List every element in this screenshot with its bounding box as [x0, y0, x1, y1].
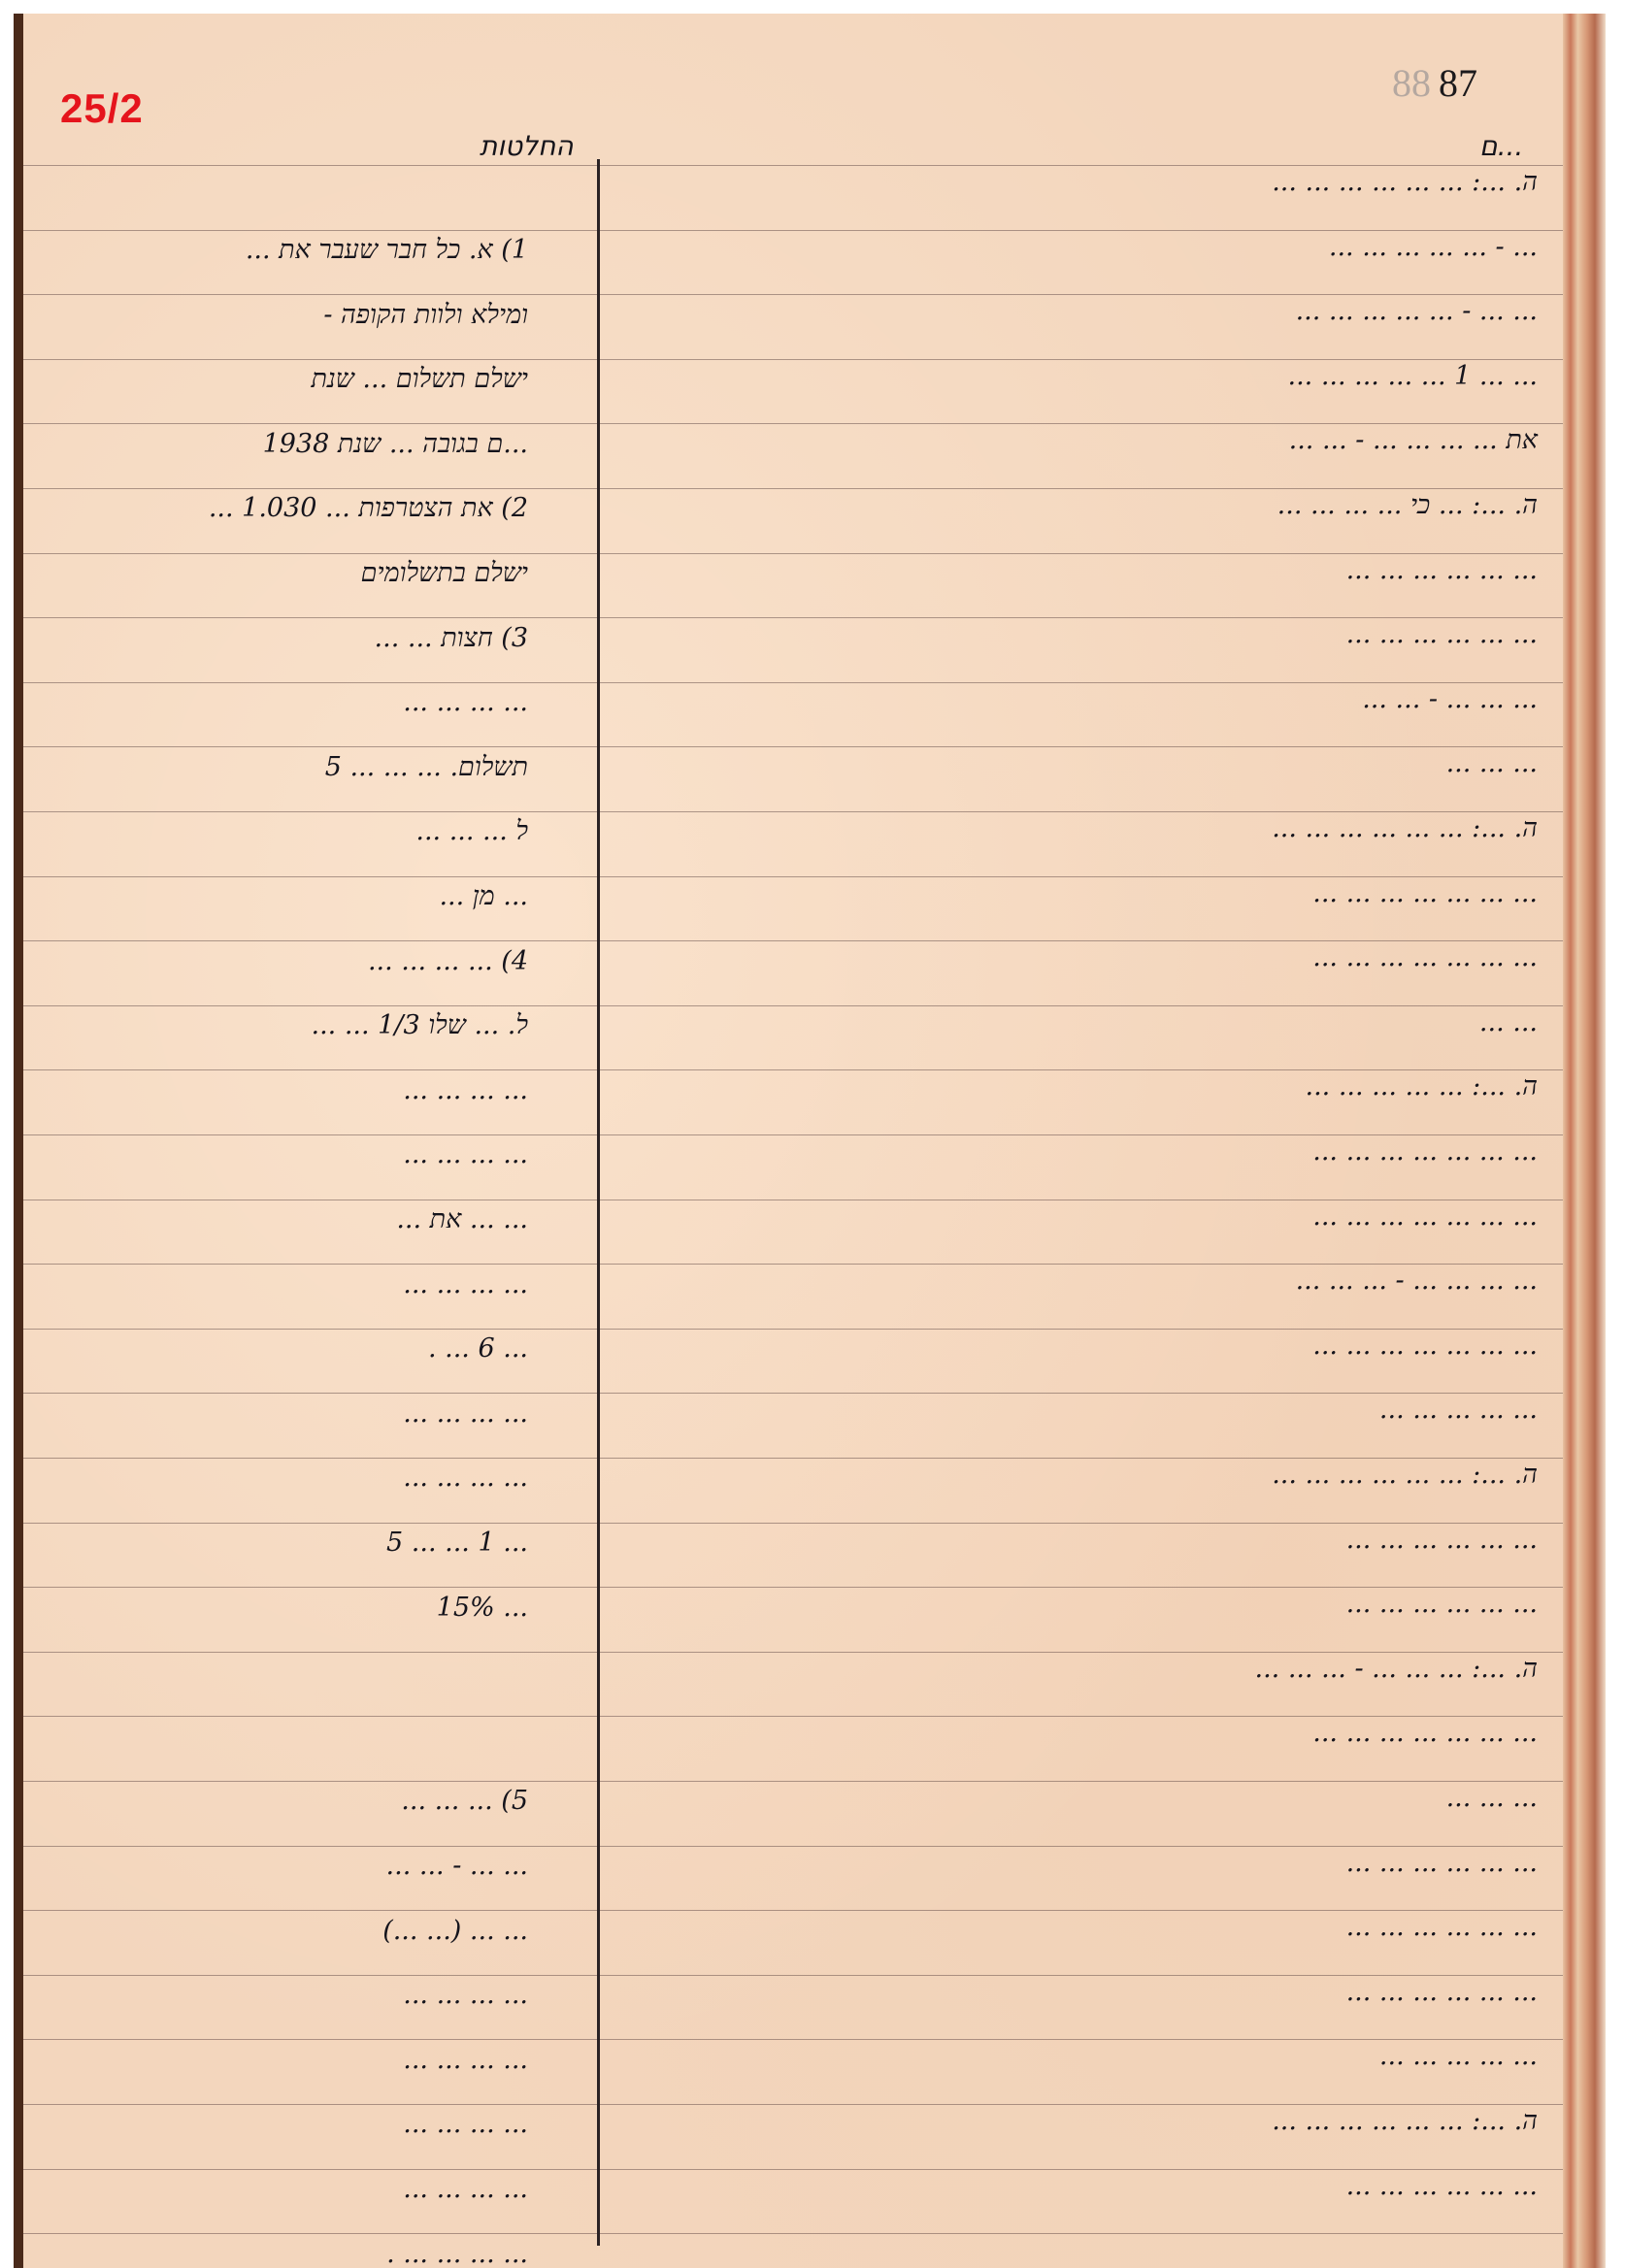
ruled-line: [23, 1587, 1563, 1588]
handwritten-line: ... ... ... ... ... ... ...: [1312, 1332, 1538, 1359]
handwritten-line: ... ... ... ... - ... ... ...: [1296, 1267, 1538, 1294]
handwritten-line: ... ... ... ... .: [386, 2241, 528, 2267]
handwritten-line: ... 6 ... .: [428, 1335, 528, 1362]
handwritten-line: ... ... ... ... ... ...: [1346, 1527, 1538, 1553]
handwritten-line: ... ... (... ...): [382, 1918, 528, 1944]
ruled-line: [23, 1005, 1563, 1006]
ruled-line: [23, 1393, 1563, 1394]
speaker-entry-line: ה. ...: ... ... ... - ... ... ...: [1254, 1656, 1538, 1682]
speaker-entry-line: ה. ...: ... ... ... ... ... ...: [1272, 169, 1538, 195]
ruled-line: [23, 746, 1563, 747]
handwritten-line: את ... ... ... ... - ... ...: [1289, 427, 1538, 453]
ruled-line: [23, 2169, 1563, 2170]
handwritten-line: ... ... ... ... ...: [1379, 1397, 1538, 1423]
handwritten-line: ... ... ... ... ... ...: [1346, 1850, 1538, 1876]
handwritten-line: ... ... ... ...: [403, 2176, 528, 2202]
handwritten-line: ... ... ... ... ... ... ...: [1312, 944, 1538, 970]
handwritten-line: 2) את הצטרפות ... 1.030 ...: [209, 495, 528, 521]
ruled-line: [23, 423, 1563, 424]
ruled-line: [23, 2233, 1563, 2234]
ruled-line: [23, 1846, 1563, 1847]
handwritten-line: ... 15%: [437, 1594, 528, 1621]
ruled-line: [23, 1069, 1563, 1070]
ruled-line: [23, 294, 1563, 295]
handwritten-line: ... ... את ...: [396, 1206, 528, 1233]
handwritten-line: ... ... ... ...: [403, 1464, 528, 1491]
handwritten-line: 4) ... ... ... ...: [368, 948, 528, 974]
handwritten-line: ... ... ... ... ...: [1379, 2043, 1538, 2069]
ruled-line: [23, 359, 1563, 360]
handwritten-line: ל. ... שלו 1/3 ... ...: [312, 1012, 529, 1038]
handwritten-line: ... ... ... ...: [403, 2111, 528, 2137]
speaker-entry-line: ה. ...: ... ... ... ... ... ...: [1272, 815, 1538, 841]
right-column-heading: ...ם: [1479, 130, 1523, 162]
handwritten-line: ... ... ... ... ... ...: [1346, 621, 1538, 647]
ruled-line: [23, 1975, 1563, 1976]
ruled-line: [23, 1523, 1563, 1524]
page-number-stamp: 8887: [1392, 60, 1477, 106]
handwritten-line: ... ... ...: [1446, 1785, 1538, 1811]
handwritten-line: ... ... ... ... ... ...: [1346, 1979, 1538, 2005]
ruled-line: [23, 1200, 1563, 1200]
ruled-line: [23, 553, 1563, 554]
ruled-line: [23, 488, 1563, 489]
handwritten-line: ... ... ...: [1446, 750, 1538, 776]
handwritten-line: ... ... ... ... ... ...: [1346, 1914, 1538, 1940]
ruled-line: [23, 1134, 1563, 1135]
handwritten-line: ... ... ... ...: [403, 1271, 528, 1298]
speaker-entry-line: ה. ...: ... ... ... ... ... ...: [1272, 2108, 1538, 2134]
handwritten-line: תשלום. ... ... ... 5: [325, 754, 528, 780]
handwritten-line: ישלם בתשלומים: [361, 560, 528, 586]
handwritten-line: 5) ... ... ...: [401, 1788, 528, 1814]
handwritten-line: ... ... ... ...: [403, 1400, 528, 1427]
ruled-line: [23, 617, 1563, 618]
ruled-line: [23, 1781, 1563, 1782]
handwritten-line: ... - ... ... ... ... ...: [1329, 234, 1538, 260]
handwritten-line: ...ם בגובה ... שנת 1938: [263, 431, 528, 457]
handwritten-line: ... ... 1 ... ... ... ... ...: [1287, 363, 1538, 389]
ruled-line: [23, 1264, 1563, 1265]
handwritten-line: ... מן ...: [439, 883, 528, 909]
handwritten-line: ... ... ... ...: [403, 689, 528, 715]
handwritten-line: ל ... ... ...: [415, 818, 528, 844]
handwritten-line: ומילא ולוות הקופה -: [323, 302, 528, 328]
ruled-line: [23, 1910, 1563, 1911]
handwritten-line: ... ... ... ... ... ...: [1346, 2173, 1538, 2199]
handwritten-line: ... 1 ... ... 5: [386, 1529, 528, 1556]
handwritten-line: ... ... ... ...: [403, 1141, 528, 1167]
handwritten-line: ... ...: [1479, 1009, 1538, 1035]
left-column-heading: החלטות: [480, 130, 574, 162]
ruled-line: [23, 876, 1563, 877]
ruled-line: [23, 1329, 1563, 1330]
ruled-line: [23, 2039, 1563, 2040]
speaker-entry-line: ה. ...: ... ... ... ... ...: [1306, 1073, 1538, 1100]
ruled-line: [23, 940, 1563, 941]
handwritten-line: ישלם תשלום ... שנת: [311, 366, 528, 392]
ruled-line: [23, 811, 1563, 812]
notebook-page: 25/2 8887 החלטות ...ם 1) א. כל חבר שעבר …: [14, 14, 1606, 2268]
handwritten-line: 1) א. כל חבר שעבר את ...: [246, 237, 528, 263]
handwritten-line: ... ... ... ...: [403, 1982, 528, 2008]
archive-label: 25/2: [60, 85, 144, 132]
ruled-line: [23, 165, 1563, 166]
ruled-line: [23, 230, 1563, 231]
handwritten-line: ... ... ... ... ... ... ...: [1312, 1720, 1538, 1746]
ruled-line: [23, 1716, 1563, 1717]
handwritten-line: ... ... ... ... ... ... ...: [1312, 880, 1538, 906]
handwritten-line: ... ... ... ... ... ... ...: [1312, 1138, 1538, 1165]
page-number-current: 87: [1439, 61, 1477, 105]
handwritten-line: ... ... ... - ... ...: [1362, 686, 1538, 712]
handwritten-line: ... ... ... ...: [403, 1077, 528, 1103]
handwritten-line: ... ... - ... ...: [386, 1853, 528, 1879]
handwritten-line: ... ... ... ... ... ... ...: [1312, 1203, 1538, 1230]
handwritten-line: ... ... ... ... ... ...: [1346, 1591, 1538, 1617]
ruled-line: [23, 1458, 1563, 1459]
ruled-line: [23, 682, 1563, 683]
column-divider: [597, 159, 600, 2246]
speaker-entry-line: ה. ...: ... כי ... ... ... ...: [1277, 492, 1538, 518]
handwritten-line: ... ... ... ... ... ...: [1346, 557, 1538, 583]
speaker-entry-line: ה. ...: ... ... ... ... ... ...: [1272, 1462, 1538, 1488]
handwritten-line: ... ... - ... ... ... ... ...: [1296, 298, 1538, 324]
handwritten-line: 3) חצות ... ...: [375, 625, 528, 651]
handwritten-line: ... ... ... ...: [403, 2047, 528, 2073]
ruled-line: [23, 1652, 1563, 1653]
page-number-faded: 88: [1392, 61, 1431, 105]
ruled-line: [23, 2104, 1563, 2105]
